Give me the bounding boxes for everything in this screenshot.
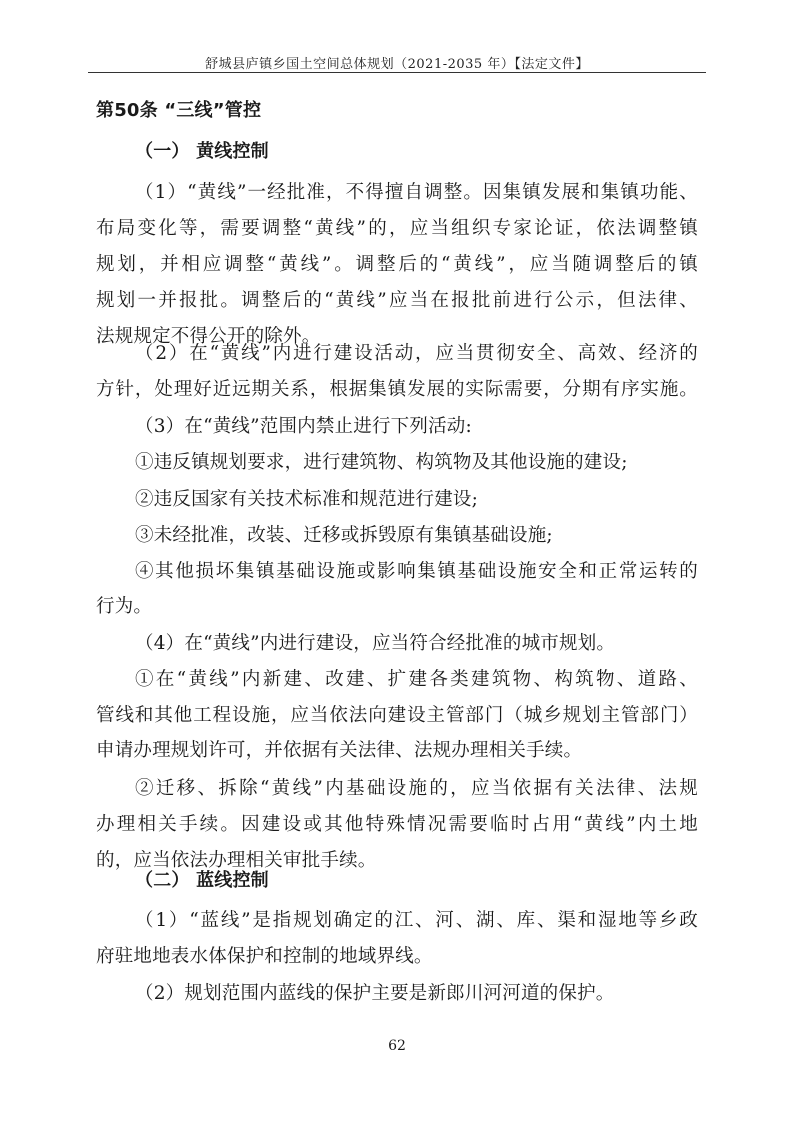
paragraph-line: 规划一并报批。调整后的“黄线”应当在报批前进行公示，但法律、 xyxy=(96,289,698,313)
paragraph-line: （1）“黄线”一经批准，不得擅自调整。因集镇发展和集镇功能、 xyxy=(135,181,698,205)
list-item: ②违反国家有关技术标准和规范进行建设; xyxy=(135,488,698,512)
paragraph-line: （2）规划范围内蓝线的保护主要是新郎川河河道的保护。 xyxy=(135,982,698,1006)
header-rule xyxy=(88,72,706,73)
list-item: ①在“黄线”内新建、改建、扩建各类建筑物、构筑物、道路、 xyxy=(135,668,698,692)
article-title: 第50条 “三线”管控 xyxy=(96,99,698,123)
paragraph-line: （3）在“黄线”范围内禁止进行下列活动: xyxy=(135,415,698,439)
paragraph-line: 方针，处理好近远期关系，根据集镇发展的实际需要，分期有序实施。 xyxy=(96,378,698,402)
paragraph-line: （1）“蓝线”是指规划确定的江、河、湖、库、渠和湿地等乡政 xyxy=(135,909,698,933)
section-heading-yellow-line: （一） 黄线控制 xyxy=(135,140,737,164)
list-item: 管线和其他工程设施，应当依法向建设主管部门（城乡规划主管部门） xyxy=(96,704,698,728)
paragraph-line: （4）在“黄线”内进行建设，应当符合经批准的城市规划。 xyxy=(135,632,698,656)
paragraph-line: （2）在“黄线”内进行建设活动，应当贯彻安全、高效、经济的 xyxy=(135,342,698,366)
running-header: 舒城县庐镇乡国土空间总体规划（2021-2035 年）【法定文件】 xyxy=(0,53,794,72)
list-item: 办理相关手续。因建设或其他特殊情况需要临时占用“黄线”内土地 xyxy=(96,813,698,837)
page-number: 62 xyxy=(0,1038,794,1054)
list-item: ①违反镇规划要求，进行建筑物、构筑物及其他设施的建设; xyxy=(135,451,698,475)
list-item: ④其他损坏集镇基础设施或影响集镇基础设施安全和正常运转的 xyxy=(135,560,698,584)
list-item: ③未经批准，改装、迁移或拆毁原有集镇基础设施; xyxy=(135,524,698,548)
section-heading-blue-line: （二） 蓝线控制 xyxy=(135,869,737,893)
list-item: ②迁移、拆除“黄线”内基础设施的，应当依据有关法律、法规 xyxy=(135,777,698,801)
list-item: 行为。 xyxy=(96,595,698,619)
paragraph-line: 府驻地地表水体保护和控制的地域界线。 xyxy=(96,945,698,969)
list-item: 申请办理规划许可，并依据有关法律、法规办理相关手续。 xyxy=(96,739,698,763)
paragraph-line: 规划，并相应调整“黄线”。调整后的“黄线”，应当随调整后的镇 xyxy=(96,253,698,277)
paragraph-line: 布局变化等，需要调整“黄线”的，应当组织专家论证，依法调整镇 xyxy=(96,217,698,241)
